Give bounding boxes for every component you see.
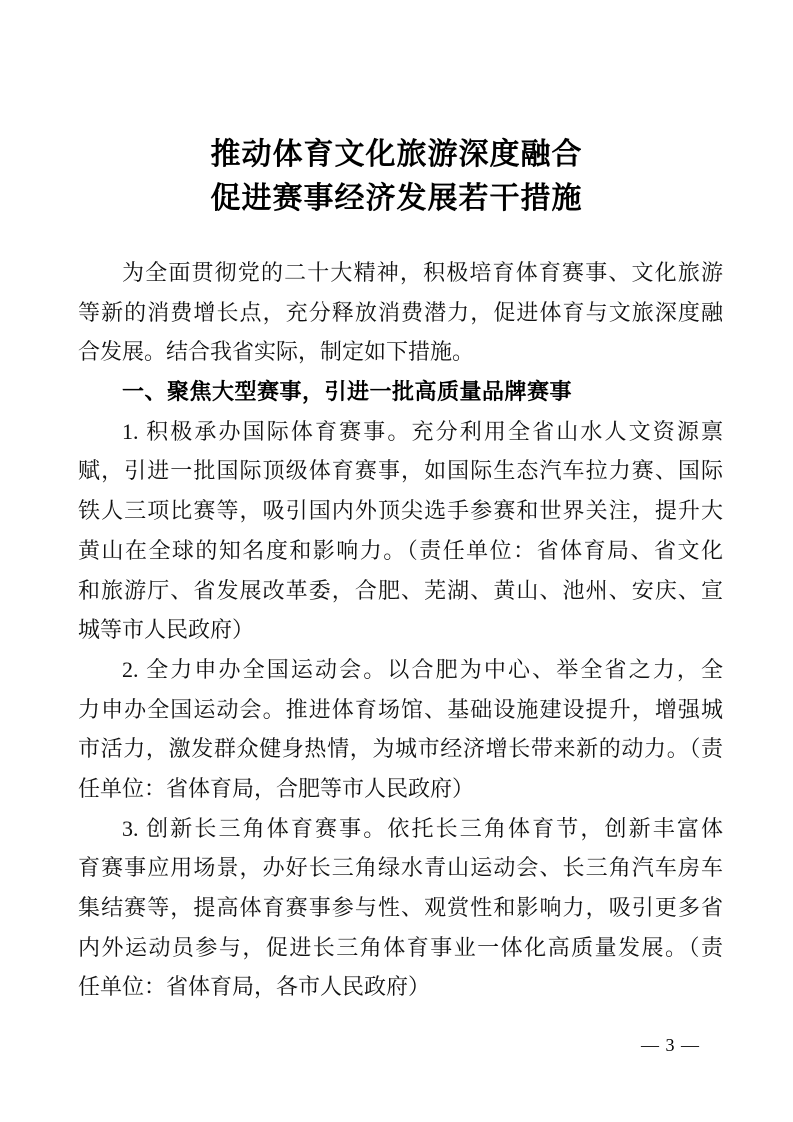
text-line: 为全面贯彻党的二十大精神，积极培育体育赛事、文化旅游 <box>78 253 723 293</box>
paragraph: 1. 积极承办国际体育赛事。充分利用全省山水人文资源禀赋，引进一批国际顶级体育赛… <box>78 412 723 650</box>
text-line: 和旅游厅、省发展改革委，合肥、芜湖、黄山、池州、安庆、宣 <box>78 571 723 611</box>
text-line: 市活力，激发群众健身热情，为城市经济增长带来新的动力。（责 <box>78 729 723 769</box>
text-line: 黄山在全球的知名度和影响力。（责任单位：省体育局、省文化 <box>78 531 723 571</box>
text-line: 赋，引进一批国际顶级体育赛事，如国际生态汽车拉力赛、国际 <box>78 451 723 491</box>
text-line: 一、聚焦大型赛事，引进一批高质量品牌赛事 <box>78 372 723 412</box>
text-line: 育赛事应用场景，办好长三角绿水青山运动会、长三角汽车房车 <box>78 848 723 888</box>
document-page: 推动体育文化旅游深度融合 促进赛事经济发展若干措施 为全面贯彻党的二十大精神，积… <box>0 0 793 1122</box>
text-line: 合发展。结合我省实际，制定如下措施。 <box>78 332 723 372</box>
document-title-line-1: 推动体育文化旅游深度融合 <box>0 133 793 177</box>
text-line: 3. 创新长三角体育赛事。依托长三角体育节，创新丰富体 <box>78 809 723 849</box>
paragraph: 为全面贯彻党的二十大精神，积极培育体育赛事、文化旅游等新的消费增长点，充分释放消… <box>78 253 723 372</box>
text-line: 1. 积极承办国际体育赛事。充分利用全省山水人文资源禀 <box>78 412 723 452</box>
section-heading: 一、聚焦大型赛事，引进一批高质量品牌赛事 <box>78 372 723 412</box>
document-body: 为全面贯彻党的二十大精神，积极培育体育赛事、文化旅游等新的消费增长点，充分释放消… <box>78 253 723 1007</box>
text-line: 任单位：省体育局，各市人民政府） <box>78 967 723 1007</box>
text-line: 内外运动员参与，促进长三角体育事业一体化高质量发展。（责 <box>78 928 723 968</box>
text-line: 力申办全国运动会。推进体育场馆、基础设施建设提升，增强城 <box>78 690 723 730</box>
document-title-line-2: 促进赛事经济发展若干措施 <box>0 177 793 221</box>
text-line: 城等市人民政府） <box>78 610 723 650</box>
text-line: 等新的消费增长点，充分释放消费潜力，促进体育与文旅深度融 <box>78 293 723 333</box>
paragraph: 2. 全力申办全国运动会。以合肥为中心、举全省之力，全力申办全国运动会。推进体育… <box>78 650 723 809</box>
text-line: 2. 全力申办全国运动会。以合肥为中心、举全省之力，全 <box>78 650 723 690</box>
text-line: 集结赛等，提高体育赛事参与性、观赏性和影响力，吸引更多省 <box>78 888 723 928</box>
paragraph: 3. 创新长三角体育赛事。依托长三角体育节，创新丰富体育赛事应用场景，办好长三角… <box>78 809 723 1007</box>
text-line: 铁人三项比赛等，吸引国内外顶尖选手参赛和世界关注，提升大 <box>78 491 723 531</box>
document-title: 推动体育文化旅游深度融合 促进赛事经济发展若干措施 <box>0 133 793 221</box>
text-line: 任单位：省体育局，合肥等市人民政府） <box>78 769 723 809</box>
page-number: — 3 — <box>641 1033 700 1057</box>
